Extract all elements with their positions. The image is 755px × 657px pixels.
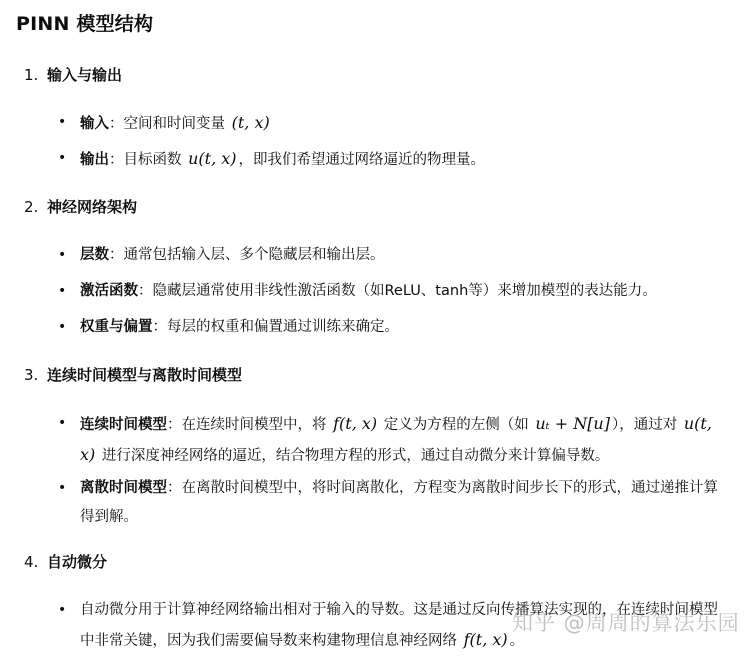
item-text: 进行深度神经网络的逼近，结合物理方程的形式，通过自动微分来计算偏导数。 [97,448,609,464]
section-heading-3: 3.连续时间模型与离散时间模型 [24,364,242,386]
section-number: 3. [24,364,47,386]
item-text: 隐藏层通常使用非线性激活函数（如ReLU、tanh等）来增加模型的表达能力。 [153,283,657,299]
bullet-icon: • [58,409,80,438]
list-item: • 输出：目标函数 u(t, x)，即我们希望通过网络逼近的物理量。 [58,144,728,175]
list-item: • 层数：通常包括输入层、多个隐藏层和输出层。 [58,241,728,270]
separator: ： [138,283,153,299]
bullet-icon: • [58,596,80,625]
bullet-icon: • [58,108,80,137]
bullet-icon: • [58,313,80,342]
section-heading-1: 1.输入与输出 [24,64,122,86]
item-label: 连续时间模型 [80,417,167,433]
bullet-icon: • [58,277,80,306]
item-text: 目标函数 [124,152,187,168]
math-expression: uₜ + N[u] [533,414,612,433]
item-label: 输出 [80,152,109,168]
section-heading-4: 4.自动微分 [24,551,107,573]
item-text: 通常包括输入层、多个隐藏层和输出层。 [124,247,385,263]
separator: ： [167,480,182,496]
section-number: 2. [24,196,47,218]
page-title: PINN 模型结构 [16,11,153,37]
separator: ： [109,247,124,263]
section-number: 4. [24,551,47,573]
bullet-icon: • [58,144,80,173]
math-expression: (t, x) [230,113,272,132]
item-label: 权重与偏置 [80,319,153,335]
math-expression: u(t, x) [186,149,238,168]
math-expression: f(t, x) [462,630,510,649]
section-heading-2: 2.神经网络架构 [24,196,137,218]
watermark: 知乎 @周周的算法乐园 [512,607,740,637]
section-title: 神经网络架构 [47,198,137,216]
list-item: • 输入：空间和时间变量 (t, x) [58,108,728,139]
section-number: 1. [24,64,47,86]
separator: ： [167,417,182,433]
item-text: 每层的权重和偏置通过训练来确定。 [167,319,399,335]
item-text: ），通过对 [612,417,682,433]
item-label: 层数 [80,247,109,263]
section-title: 输入与输出 [47,66,122,84]
separator: ： [109,116,124,132]
item-text: ，即我们希望通过网络逼近的物理量。 [239,152,486,168]
bullet-icon: • [58,474,80,503]
list-item: • 离散时间模型：在离散时间模型中，将时间离散化，方程变为离散时间步长下的形式，… [58,474,728,532]
list-item: • 连续时间模型：在连续时间模型中，将 f(t, x) 定义为方程的左侧（如 u… [58,409,728,471]
item-text: 空间和时间变量 [124,116,230,132]
item-label: 输入 [80,116,109,132]
section-title: 自动微分 [47,553,107,571]
bullet-icon: • [58,241,80,270]
item-text: 在连续时间模型中，将 [182,417,332,433]
separator: ： [153,319,168,335]
item-label: 激活函数 [80,283,138,299]
math-expression: f(t, x) [331,414,379,433]
list-item: • 权重与偏置：每层的权重和偏置通过训练来确定。 [58,313,728,342]
item-label: 离散时间模型 [80,480,167,496]
section-title: 连续时间模型与离散时间模型 [47,366,242,384]
separator: ： [109,152,124,168]
list-item: • 激活函数：隐藏层通常使用非线性激活函数（如ReLU、tanh等）来增加模型的… [58,277,728,306]
item-text: 定义为方程的左侧（如 [379,417,533,433]
